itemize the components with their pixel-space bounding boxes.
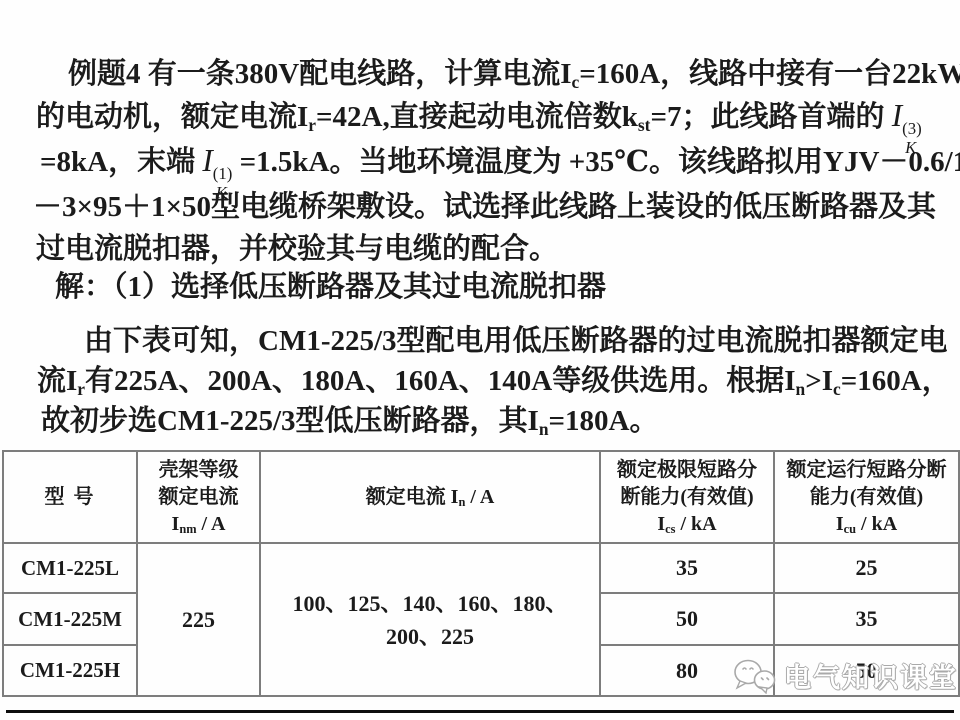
text-line-9: 故初步选CM1-225/3型低压断路器，其In=180A。 [41,398,658,439]
wechat-chat-bubbles-icon [733,658,777,694]
in-values-merged-cell: 100、125、140、160、180、200、225 [260,543,600,696]
solution-heading: 解：（1）选择低压断路器及其过电流脱扣器 [55,264,606,305]
ics-cell: 35 [600,543,774,593]
col-header-ics: 额定极限短路分断能力(有效值)Ics / kA [600,451,774,543]
watermark: 电气知识课堂 [733,656,958,695]
model-cell: CM1-225M [3,593,137,645]
model-cell: CM1-225L [3,543,137,593]
text-line-7: 由下表可知，CM1-225/3型配电用低压断路器的过电流脱扣器额定电 [84,318,948,359]
text-line-1: 例题4 有一条380V配电线路，计算电流Ic=160A，线路中接有一台22kW [68,51,960,92]
col-header-rated-current: 额定电流 In / A [260,451,600,543]
col-header-frame-current: 壳架等级额定电流Inm / A [137,451,260,543]
table-row: CM1-225L 225 100、125、140、160、180、200、225… [3,543,959,593]
icu-cell: 35 [774,593,959,645]
watermark-label: 电气知识课堂 [784,656,958,695]
text-line-5: 过电流脱扣器，并校验其与电缆的配合。 [36,226,558,267]
table-header-row: 型 号 壳架等级额定电流Inm / A 额定电流 In / A 额定极限短路分断… [3,451,959,543]
bottom-border-line [6,710,954,713]
slide: 例题4 有一条380V配电线路，计算电流Ic=160A，线路中接有一台22kW … [0,0,960,720]
icu-cell: 25 [774,543,959,593]
text-line-4: －3×95＋1×50型电缆桥架敷设。试选择此线路上装设的低压断路器及其 [33,184,936,225]
col-header-model: 型 号 [3,451,137,543]
inm-merged-cell: 225 [137,543,260,696]
ics-cell: 50 [600,593,774,645]
col-header-icu: 额定运行短路分断能力(有效值)Icu / kA [774,451,959,543]
model-cell: CM1-225H [3,645,137,696]
text-line-8: 流Ir有225A、200A、180A、160A、140A等级供选用。根据In>I… [37,358,951,399]
